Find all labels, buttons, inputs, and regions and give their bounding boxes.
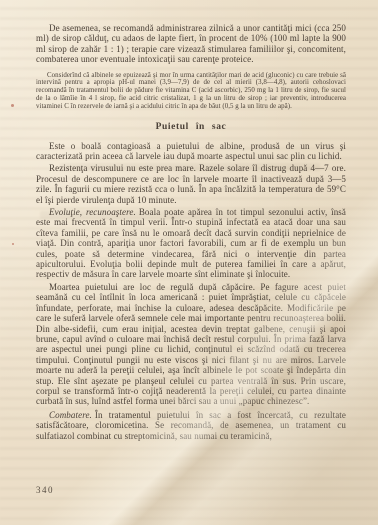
paragraph-treatment: Combatere.În tratamentul puietului în sa…	[36, 410, 346, 441]
paper-speck	[11, 104, 14, 107]
paragraph-evolution: Evoluţie, recunoaştere.Boala poate apăre…	[36, 207, 346, 280]
evolution-text: Boala poate apărea în tot timpul sezonul…	[36, 207, 346, 279]
paragraph-disease-definition: Este o boală contagioasă a puietului de …	[36, 141, 346, 162]
text-column: De asemenea, se recomandă administrarea …	[36, 23, 346, 441]
book-page: De asemenea, se recomandă administrarea …	[0, 0, 378, 525]
section-heading: Puietul în sac	[36, 122, 346, 132]
evolution-lead-italic: Evoluţie, recunoaştere.	[49, 207, 139, 217]
paragraph-smallprint-note: Considerînd că albinele se epuizează şi …	[36, 72, 346, 111]
page-number: 340	[36, 485, 54, 495]
paragraph-syrup-recommendation: De asemenea, se recomandă administrarea …	[36, 23, 346, 65]
paper-speck	[12, 243, 14, 245]
paragraph-brood-death: Moartea puietului are loc de regulă după…	[36, 282, 346, 407]
paragraph-virus-resistance: Rezistenţa virusului nu este prea mare. …	[36, 163, 346, 205]
treatment-lead-italic: Combatere.	[49, 410, 95, 420]
